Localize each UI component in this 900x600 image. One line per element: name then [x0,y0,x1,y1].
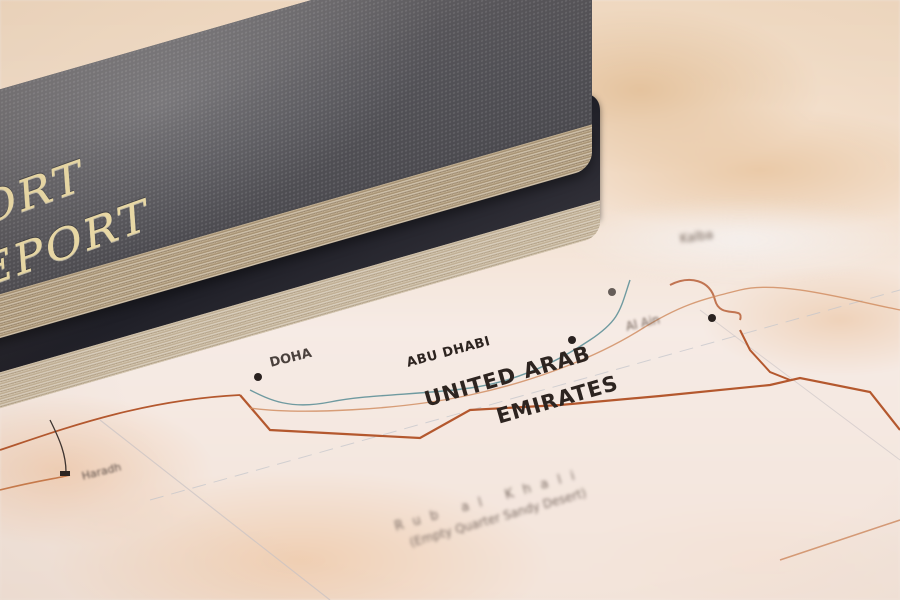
uae-border [740,330,790,380]
dubai-dot [608,288,616,296]
al-ain-dot [708,314,716,322]
map-grid-line [700,310,900,460]
photo-scene: UNITED ARAB EMIRATES ABU DHABI DOHA Al A… [0,0,900,600]
abu-dhabi-dot [568,336,576,344]
road [780,520,900,560]
